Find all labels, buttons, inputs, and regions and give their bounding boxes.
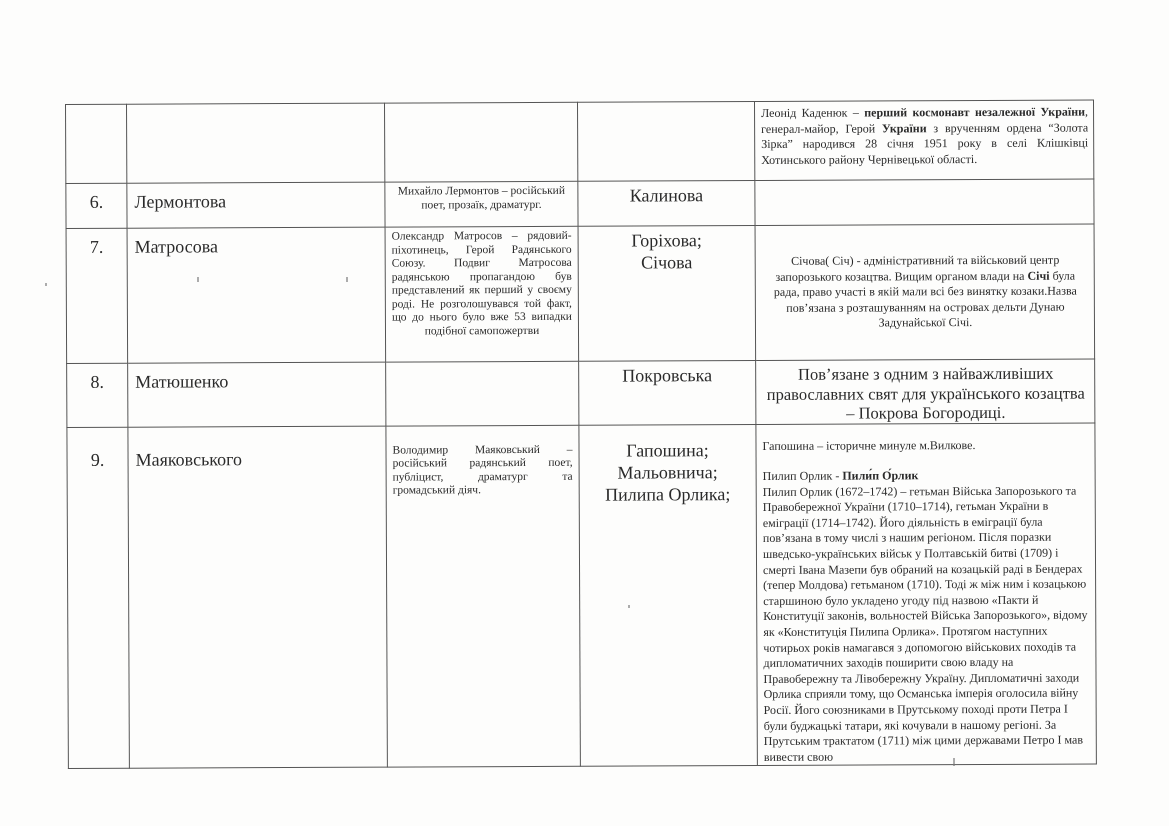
new-name: Горіхова; [579,229,755,252]
note-text: Січова( Січ) - адміністративний та війсь… [775,253,1059,284]
old-street-name: Матросова [127,227,386,363]
note-bold-text: Січі [1027,268,1049,282]
new-street-names: Калинова [578,180,755,226]
scan-speck [628,605,630,608]
note-heading-bold: Пили́п О́рлик [842,468,918,482]
rationale-note: Пов’язане з одним з найважливіших правос… [756,359,1095,424]
rationale-note: Гапошина – історичне минуле м.Вилкове. П… [756,423,1096,766]
rationale-note: Січова( Січ) - адміністративний та війсь… [755,224,1095,360]
note-text: Леонід Каденюк – [761,106,859,120]
new-street-names: Гапошина; Мальовнича; Пилипа Орлика; [579,424,757,767]
old-street-name: Лермонтова [127,182,385,228]
person-info: Михайло Лермонтов – російський поет, про… [385,181,578,227]
person-info [386,361,579,425]
rationale-note [755,179,1094,225]
table-row: 9. Маяковського Володимир Маяковський – … [67,423,1096,769]
row-number [66,104,127,183]
new-name: Січова [579,251,755,274]
scan-speck [197,277,199,282]
note-bold-text: України [882,121,927,135]
person-info [384,102,577,182]
note-bold-text: перший космонавт незалежної України [864,105,1085,120]
row-number: 6. [66,183,127,228]
row-number: 8. [67,363,128,427]
old-street-name: Матюшенко [128,362,386,427]
new-street-names: Покровська [579,360,756,424]
table-row: 7. Матросова Олександр Матросов – рядови… [66,224,1095,363]
new-street-names [577,101,754,181]
table-row: 8. Матюшенко Покровська Пов’язане з одни… [67,359,1095,427]
old-street-name [127,103,385,183]
note-body-text: Пилип Орлик (1672–1742) – гетьман Військ… [763,483,1088,763]
note-paragraph: Пилип Орлик - Пили́п О́рлик Пилип Орлик … [763,468,1091,766]
table-row: 6. Лермонтова Михайло Лермонтов – російс… [66,179,1094,228]
street-renaming-table: Леонід Каденюк – перший космонавт незале… [65,100,1097,770]
new-name: Гапошина; [579,438,755,461]
table-row: Леонід Каденюк – перший космонавт незале… [66,100,1094,183]
row-number: 9. [67,427,129,769]
rationale-note: Леонід Каденюк – перший космонавт незале… [754,100,1093,180]
scan-speck [953,758,955,766]
note-paragraph: Гапошина – історичне минуле м.Вилкове. [762,437,1089,454]
scanned-page: Леонід Каденюк – перший космонавт незале… [0,0,1169,826]
person-info: Олександр Матросов – рядовий-піхотинець,… [385,226,579,362]
new-name: Пилипа Орлика; [580,482,756,505]
scan-speck [346,277,348,282]
note-heading-text: Пилип Орлик - [763,469,840,483]
scan-speck [45,283,47,286]
new-street-names: Горіхова; Січова [578,225,756,361]
old-street-name: Маяковського [128,426,387,769]
new-name: Мальовнича; [580,460,756,483]
row-number: 7. [66,228,128,363]
person-info: Володимир Маяковський – російський радян… [386,425,580,768]
